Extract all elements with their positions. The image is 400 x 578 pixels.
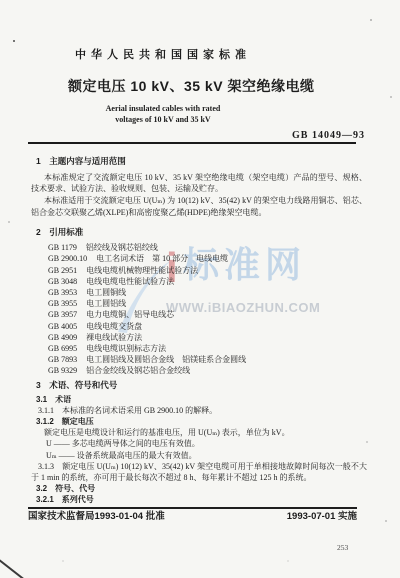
reference-item: GB 2951电线电缆机械物理性能试验方法 (48, 265, 367, 276)
reference-code: GB 7893 (48, 355, 77, 364)
approval-note: 国家技术监督局1993-01-04 批准 (28, 511, 165, 523)
section-3-heading: 3 术语、符号和代号 (36, 380, 367, 391)
reference-list: GB 1179铝绞线及钢芯铝绞线 GB 2900.10电工名词术语 第 10 部… (48, 242, 367, 376)
reference-title: 电工圆铝线 (86, 299, 126, 308)
section-1-heading: 1 主题内容与适用范围 (36, 156, 367, 167)
section-2-heading: 2 引用标准 (36, 227, 367, 238)
reference-title: 电线电缆机械物理性能试验方法 (86, 266, 198, 275)
standard-number: GB 14049—93 (292, 130, 365, 141)
reference-code: GB 4909 (48, 333, 77, 342)
implementation-date: 1993-07-01 实施 (287, 511, 357, 523)
reference-code: GB 2951 (48, 266, 77, 275)
reference-item: GB 1179铝绞线及钢芯铝绞线 (48, 242, 367, 253)
reference-item: GB 3955电工圆铝线 (48, 298, 367, 309)
document-title-en-line2: voltages of 10 kV and 35 kV (28, 115, 298, 126)
reference-title: 电线电缆电性能试验方法 (86, 277, 174, 286)
reference-title: 铝合金绞线及钢芯铝合金绞线 (86, 366, 190, 375)
page-number: 253 (337, 543, 348, 552)
reference-code: GB 1179 (48, 243, 77, 252)
reference-code: GB 3048 (48, 277, 77, 286)
reference-title: 裸电线试验方法 (86, 333, 142, 342)
reference-item: GB 7893电工圆铝线及圆铝合金线 铝镁硅系合金圆线 (48, 354, 367, 365)
footer-divider (28, 507, 357, 509)
reference-item: GB 9329铝合金绞线及钢芯铝合金绞线 (48, 365, 367, 376)
reference-code: GB 3957 (48, 310, 77, 319)
reference-title: 电力电缆铜、铝导电线芯 (86, 310, 174, 319)
reference-item: GB 4005电线电缆交货盘 (48, 321, 367, 332)
clause-3-1-3: 3.1.3 额定电压 U(Uₘ) 10(12) kV、35(42) kV 架空电… (31, 461, 367, 483)
definition-um: Uₘ —— 设备系统最高电压的最大有效值。 (46, 450, 400, 461)
section-3-1-2-heading: 3.1.2 额定电压 (36, 416, 400, 427)
reference-item: GB 3048电线电缆电性能试验方法 (48, 276, 367, 287)
section-1-paragraph-2: 本标准适用于交流额定电压 U(Uₘ) 为 10(12) kV、35(42) kV… (31, 195, 367, 218)
reference-title: 电工名词术语 第 10 部分 电线电缆 (96, 254, 228, 263)
reference-item: GB 2900.10电工名词术语 第 10 部分 电线电缆 (48, 253, 367, 264)
section-3-2-1-heading: 3.2.1 系列代号 (36, 494, 400, 505)
footer: 国家技术监督局1993-01-04 批准 1993-07-01 实施 (28, 511, 357, 523)
reference-code: GB 3953 (48, 288, 77, 297)
reference-item: GB 4909裸电线试验方法 (48, 332, 367, 343)
reference-item: GB 6995电线电缆识别标志方法 (48, 343, 367, 354)
reference-title: 电工圆铜线 (86, 288, 126, 297)
document-title-en-line1: Aerial insulated cables with rated (28, 104, 298, 115)
reference-code: GB 9329 (48, 366, 77, 375)
definition-u: U —— 多芯电缆两导体之间的电压有效值。 (46, 438, 400, 449)
clause-3-1-1: 3.1.1 本标准的名词术语采用 GB 2900.10 的解释。 (31, 405, 367, 416)
scan-scratch-artifact (0, 557, 30, 578)
section-3-2-heading: 3.2 符号、代号 (36, 483, 400, 494)
header-divider (28, 142, 356, 144)
reference-title: 电线电缆识别标志方法 (86, 344, 166, 353)
standard-org-line: 中华人民共和国国家标准 (28, 49, 298, 62)
reference-item: GB 3953电工圆铜线 (48, 287, 367, 298)
reference-title: 铝绞线及钢芯铝绞线 (86, 243, 158, 252)
reference-title: 电线电缆交货盘 (86, 322, 142, 331)
reference-code: GB 3955 (48, 299, 77, 308)
clause-3-1-2-body: 额定电压是电缆设计和运行的基准电压，用 U(Uₘ) 表示，单位为 kV。 (44, 427, 367, 438)
section-1-paragraph-1: 本标准规定了交流额定电压 10 kV、35 kV 架空绝缘电缆（架空电缆）产品的… (31, 172, 367, 195)
reference-code: GB 4005 (48, 322, 77, 331)
section-3-1-heading: 3.1 术语 (36, 394, 400, 405)
reference-code: GB 2900.10 (48, 254, 87, 263)
document-title-cn: 额定电压 10 kV、35 kV 架空绝缘电缆 (68, 79, 400, 94)
document-page: 中华人民共和国国家标准 额定电压 10 kV、35 kV 架空绝缘电缆 GB 1… (0, 0, 400, 506)
reference-code: GB 6995 (48, 344, 77, 353)
reference-title: 电工圆铝线及圆铝合金线 铝镁硅系合金圆线 (86, 355, 246, 364)
reference-item: GB 3957电力电缆铜、铝导电线芯 (48, 309, 367, 320)
